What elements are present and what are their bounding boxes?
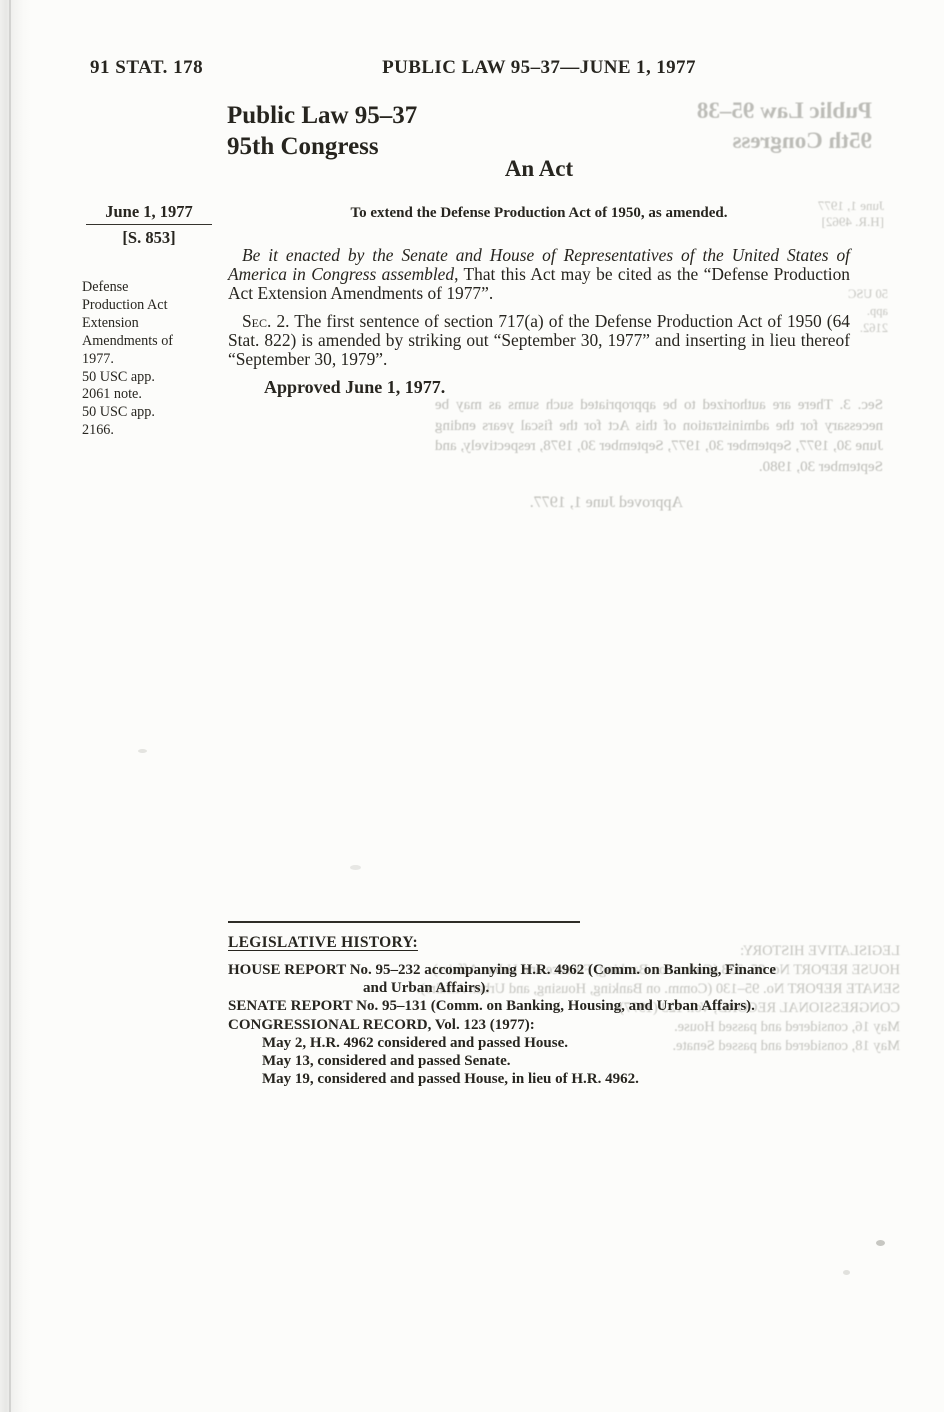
section-2-text: . 2. The first sentence of section 717(a… — [228, 311, 850, 369]
margin-note-line: Production Act — [82, 297, 224, 315]
page-gutter-line — [9, 0, 11, 1412]
bleedthrough-law-line: Public Law 95–38 — [600, 96, 872, 126]
congressional-record-line: CONGRESSIONAL RECORD, Vol. 123 (1977): — [228, 1016, 708, 1034]
approval-line: Approved June 1, 1977. — [250, 378, 850, 397]
margin-note-line: 2166. — [82, 422, 224, 440]
act-heading: An Act — [228, 156, 850, 182]
ink-speck — [843, 1270, 850, 1275]
section-label: Sec — [242, 311, 267, 331]
record-item: May 19, considered and passed House, in … — [262, 1070, 708, 1088]
senate-report-line: SENATE REPORT No. 95–131 (Comm. on Banki… — [228, 997, 708, 1015]
ink-speck — [138, 749, 147, 753]
margin-note-line: 1977. — [82, 351, 224, 369]
law-title-block: Public Law 95–37 95th Congress — [227, 100, 417, 162]
margin-note-line: Extension — [82, 315, 224, 333]
ink-speck — [350, 865, 361, 870]
page-left-edge — [0, 0, 32, 1412]
margin-note-line: Amendments of — [82, 333, 224, 351]
enacting-clause: Be it enacted by the Senate and House of… — [228, 246, 850, 303]
bleedthrough-masthead: Public Law 95–38 95th Congress — [600, 96, 872, 156]
bleedthrough-approved-line: Approved June 1, 1977. — [483, 494, 683, 512]
house-report-line: HOUSE REPORT No. 95–232 accompanying H.R… — [228, 961, 708, 979]
act-body: Be it enacted by the Senate and House of… — [228, 246, 850, 397]
bleedthrough-congress-line: 95th Congress — [600, 126, 872, 156]
margin-notes: Defense Production Act Extension Amendme… — [82, 279, 224, 440]
margin-date-note: June 1, 1977 [S. 853] — [86, 202, 212, 248]
ink-speck — [876, 1240, 885, 1246]
record-item: May 2, H.R. 4962 considered and passed H… — [262, 1034, 708, 1052]
running-head: PUBLIC LAW 95–37—JUNE 1, 1977 — [228, 57, 850, 79]
section-2-paragraph: Sec. 2. The first sentence of section 71… — [228, 312, 850, 369]
margin-note-line: 2061 note. — [82, 386, 224, 404]
margin-note-line: Defense — [82, 279, 224, 297]
stat-page-number: 91 STAT. 178 — [90, 57, 203, 79]
legislative-history-entries: HOUSE REPORT No. 95–232 accompanying H.R… — [228, 961, 708, 1088]
bill-number-note: [S. 853] — [86, 228, 212, 248]
date-note: June 1, 1977 — [86, 202, 212, 225]
bleedthrough-paragraph: Sec. 3. There are authorized to be appro… — [435, 395, 883, 477]
act-purpose: To extend the Defense Production Act of … — [228, 205, 850, 222]
law-number-title: Public Law 95–37 — [227, 100, 417, 131]
legislative-history-heading: LEGISLATIVE HISTORY: — [228, 934, 418, 952]
legislative-history: LEGISLATIVE HISTORY: HOUSE REPORT No. 95… — [228, 921, 708, 1088]
scanned-statute-page: Public Law 95–38 95th Congress June 1, 1… — [0, 0, 944, 1412]
margin-note-line: 50 USC app. — [82, 404, 224, 422]
record-item: May 13, considered and passed Senate. — [262, 1052, 708, 1070]
house-report-continuation: and Urban Affairs). — [363, 979, 708, 997]
margin-note-line: 50 USC app. — [82, 369, 224, 387]
